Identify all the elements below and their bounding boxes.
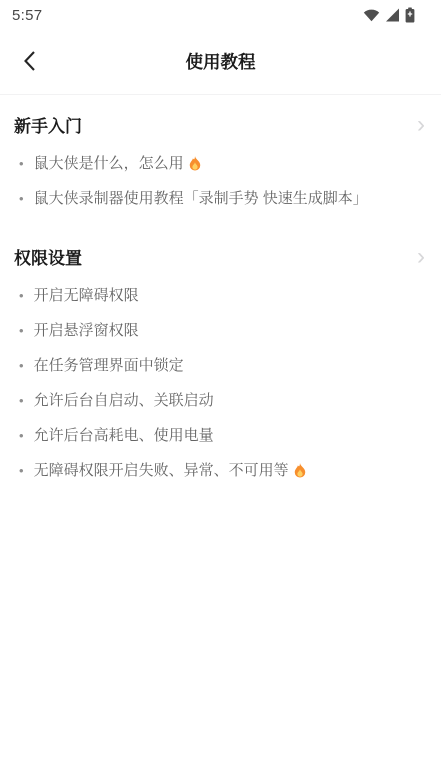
bullet-icon: • [19, 393, 24, 409]
list-item[interactable]: • 在任务管理界面中锁定 [14, 358, 427, 374]
list-item-label: 无障碍权限开启失败、异常、不可用等 [34, 463, 289, 479]
bullet-icon: • [19, 156, 24, 172]
section-title: 权限设置 [14, 244, 82, 269]
chevron-left-icon [23, 50, 36, 72]
tutorial-content: 新手入门 › • 鼠大侠是什么，怎么用 • 鼠大侠录制器使用教程「录制手势 快速… [0, 112, 441, 479]
status-icons [363, 7, 415, 23]
list-item[interactable]: • 无障碍权限开启失败、异常、不可用等 [14, 463, 427, 479]
bullet-icon: • [19, 323, 24, 339]
wifi-icon [363, 8, 380, 22]
section-permission-settings: 权限设置 › • 开启无障碍权限 • 开启悬浮窗权限 • 在任务管理界面中锁定 … [14, 244, 427, 479]
list-item-label: 鼠大侠录制器使用教程「录制手势 快速生成脚本」 [34, 191, 368, 207]
list-item-label: 在任务管理界面中锁定 [34, 358, 184, 374]
bullet-icon: • [19, 288, 24, 304]
section-beginner-guide: 新手入门 › • 鼠大侠是什么，怎么用 • 鼠大侠录制器使用教程「录制手势 快速… [14, 112, 427, 207]
list-item[interactable]: • 允许后台自启动、关联启动 [14, 393, 427, 409]
chevron-right-icon: › [417, 116, 425, 134]
page-title: 使用教程 [0, 49, 441, 74]
battery-icon [405, 7, 415, 23]
bullet-icon: • [19, 428, 24, 444]
list-item[interactable]: • 开启无障碍权限 [14, 288, 427, 304]
chevron-right-icon: › [417, 248, 425, 266]
bullet-icon: • [19, 463, 24, 479]
list-item-label: 开启无障碍权限 [34, 288, 139, 304]
list-item[interactable]: • 鼠大侠录制器使用教程「录制手势 快速生成脚本」 [14, 191, 427, 207]
list-item-label: 鼠大侠是什么，怎么用 [34, 156, 184, 172]
section-header-permission-settings[interactable]: 权限设置 › [14, 244, 427, 269]
status-time: 5:57 [12, 7, 42, 24]
list-item[interactable]: • 开启悬浮窗权限 [14, 323, 427, 339]
list-item[interactable]: • 允许后台高耗电、使用电量 [14, 428, 427, 444]
bullet-icon: • [19, 191, 24, 207]
tutorial-screen: 5:57 使用教程 [0, 0, 441, 784]
list-item-label: 开启悬浮窗权限 [34, 323, 139, 339]
cellular-signal-icon [385, 8, 400, 22]
back-button[interactable] [14, 46, 44, 76]
fire-icon [293, 462, 307, 479]
section-title: 新手入门 [14, 112, 82, 137]
list-item-label: 允许后台自启动、关联启动 [34, 393, 214, 409]
list-item[interactable]: • 鼠大侠是什么，怎么用 [14, 156, 427, 172]
list-item-label: 允许后台高耗电、使用电量 [34, 428, 214, 444]
fire-icon [188, 155, 202, 172]
section-header-beginner-guide[interactable]: 新手入门 › [14, 112, 427, 137]
nav-bar: 使用教程 [0, 28, 441, 95]
bullet-icon: • [19, 358, 24, 374]
status-bar: 5:57 [0, 0, 441, 28]
